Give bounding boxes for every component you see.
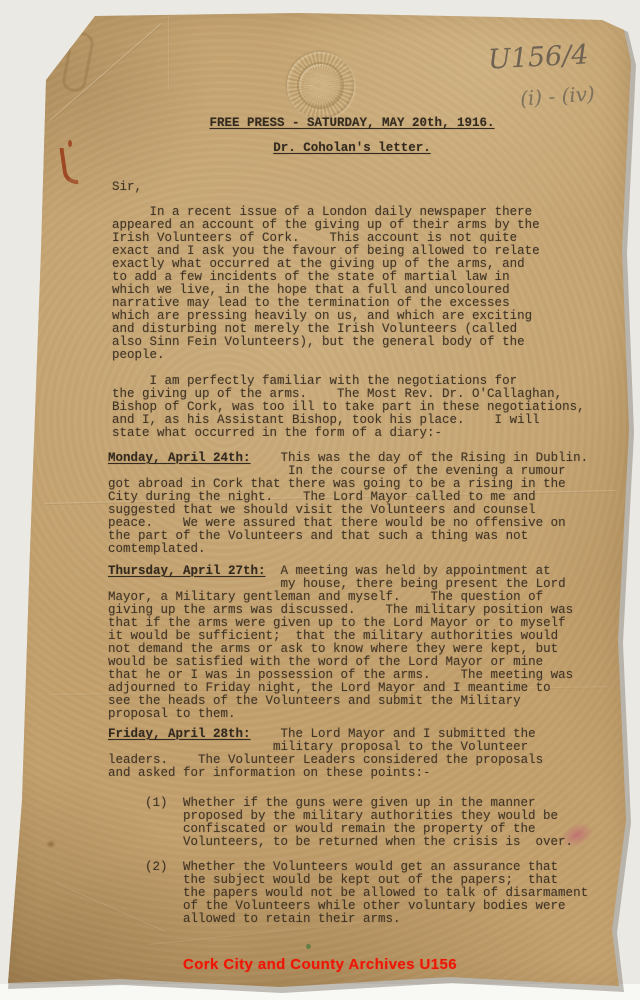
diary-entry-monday: Monday, April 24th: This was the day of … (108, 452, 596, 556)
archive-watermark: Cork City and County Archives U156 (183, 956, 457, 973)
crease-line (55, 882, 165, 933)
document-title: FREE PRESS - SATURDAY, MAY 20th, 1916. (110, 117, 594, 130)
diary-entry-heading: Thursday, April 27th: (108, 564, 266, 578)
document-title-text: FREE PRESS - SATURDAY, MAY 20th, 1916. (209, 116, 494, 130)
point-number: (1) (145, 797, 168, 810)
letter-paper: U156/4 (i) - (iv) FREE PRESS - SATURDAY,… (0, 0, 640, 1000)
embossed-seal (287, 52, 354, 119)
paperclip-impression (60, 30, 95, 93)
stain-mark (46, 840, 56, 848)
rust-stain (68, 140, 72, 147)
paragraph: In a recent issue of a London daily news… (112, 206, 596, 362)
paragraph: I am perfectly familiar with the negotia… (112, 375, 600, 440)
diary-entry-text: This was the day of the Rising in Dublin… (108, 451, 588, 556)
scanned-document-page: U156/4 (i) - (iv) FREE PRESS - SATURDAY,… (0, 0, 640, 1000)
diary-entry-friday: Friday, April 28th: The Lord Mayor and I… (108, 728, 596, 780)
diary-entry-text: A meeting was held by appointment at my … (108, 564, 573, 721)
document-subtitle: Dr. Coholan's letter. (110, 142, 594, 155)
rust-stain (59, 146, 78, 186)
crease-line (168, 16, 170, 90)
salutation: Sir, (112, 181, 142, 194)
point-number: (2) (145, 861, 168, 874)
point-text: Whether if the guns were given up in the… (183, 797, 601, 849)
archive-reference-handwritten: U156/4 (487, 39, 589, 75)
embossed-seal-inner (297, 62, 344, 109)
diary-entry-thursday: Thursday, April 27th: A meeting was held… (108, 565, 596, 721)
diary-entry-heading: Monday, April 24th: (108, 451, 251, 465)
document-subtitle-text: Dr. Coholan's letter. (273, 141, 431, 155)
point-text: Whether the Volunteers would get an assu… (183, 861, 601, 926)
page-range-handwritten: (i) - (iv) (519, 81, 595, 110)
diary-entry-heading: Friday, April 28th: (108, 727, 251, 741)
stain-mark (306, 944, 311, 949)
